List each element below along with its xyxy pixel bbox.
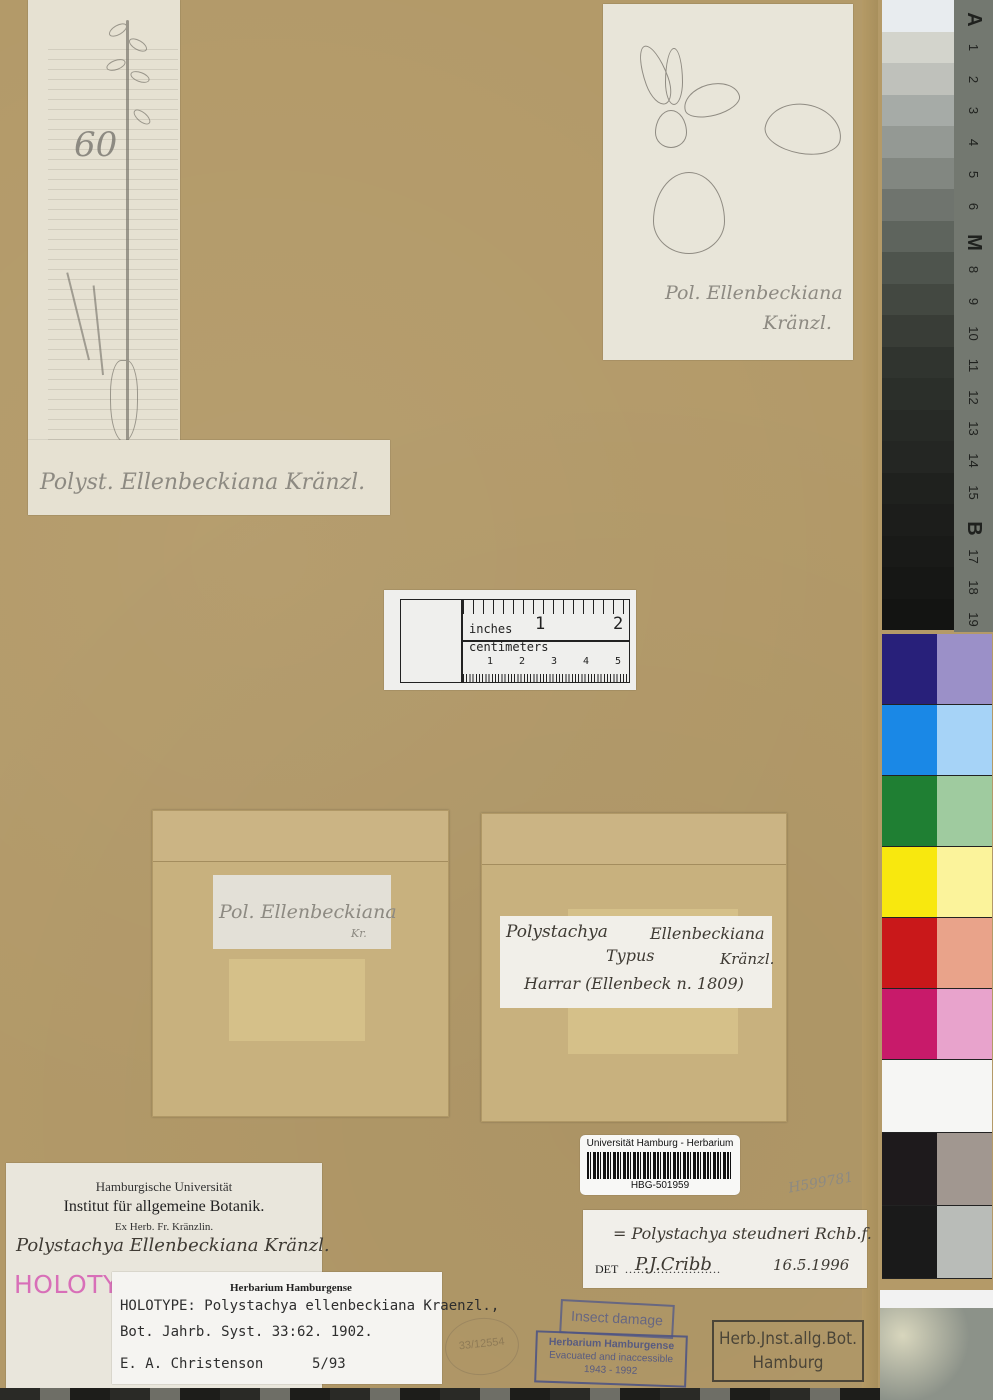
sheet-edge [862,0,878,1388]
cm-ticks [463,674,627,682]
lip-flattened-drawing [653,172,725,254]
gray-step-label: 6 [966,187,981,226]
holotype-annotation-label: Herbarium Hamburgense HOLOTYPE: Polystac… [112,1272,442,1384]
barcode-label[interactable]: Universität Hamburg - Herbarium HBG-5019… [580,1135,740,1195]
holotype-line: HOLOTYPE: Polystachya ellenbeckiana Krae… [120,1298,499,1314]
color-swatch-light [937,989,992,1060]
background-strip [0,1388,993,1400]
color-swatch-dark [882,705,937,776]
leaf-drawing [66,272,90,360]
evacuation-stamp: Herbarium Hamburgense Evacuated and inac… [534,1330,688,1387]
color-swatch-light [937,918,992,989]
type-status: Typus [606,946,654,965]
inch-ticks [463,600,627,614]
cm-mark: 3 [551,656,557,667]
handwritten-species: Polystachya Ellenbeckiana Kränzl. [16,1235,330,1256]
flower-sketch-sheet: Pol. Ellenbeckiana Kränzl. [603,4,853,360]
sketch-caption-author: Kränzl. [763,312,832,334]
color-swatch-dark [882,634,937,705]
color-swatch-light [937,847,992,918]
gray-step [882,32,954,64]
color-swatch-dark [882,1060,937,1133]
drawing-caption: Polyst. Ellenbeckiana Kränzl. [40,470,365,495]
flower-drawing [131,107,153,128]
color-swatch-light [937,1060,992,1133]
gray-step [882,410,954,442]
determination-label: = Polystachya steudneri Rchb.f. DET ....… [583,1210,867,1288]
scale-ruler: inches 1 2 centimeters 1 2 3 4 5 [384,590,636,690]
institute-stamp-line1: Herb.Jnst.allg.Bot. [719,1329,857,1349]
annotator: E. A. Christenson [120,1356,263,1372]
inch-mark: 1 [535,614,545,634]
packet-content [229,959,365,1041]
color-swatch-light [937,634,992,705]
petal-drawing [680,77,743,123]
evac-line3: 1943 - 1992 [584,1364,638,1377]
citation-line: Bot. Jahrb. Syst. 33:62. 1902. [120,1324,373,1340]
inch-mark: 2 [613,614,623,634]
color-swatch-light [937,776,992,847]
barcode-title: Universität Hamburg - Herbarium [580,1138,740,1149]
gray-step [882,599,954,631]
gray-step [882,315,954,347]
plant-stem-drawing [126,20,129,450]
color-swatch-light [937,1206,992,1279]
barcode-icon [587,1152,733,1179]
gray-scale [882,0,954,630]
chart-background [880,1308,993,1400]
leaf-drawing [93,285,104,375]
color-swatch-dark [882,1206,937,1279]
flower-drawing [105,57,127,73]
petal-drawing [665,48,683,105]
color-swatch-light [937,1133,992,1206]
cm-mark: 2 [519,656,525,667]
color-calibration-chart: A123456M89101112131415B171819 [880,0,993,1400]
packet-flap[interactable] [482,814,786,865]
packet-label-author: Kr. [351,927,367,940]
gray-step-label: 15 [966,473,981,512]
cm-mark: 1 [487,656,493,667]
cm-mark: 5 [615,656,621,667]
color-swatch-dark [882,1133,937,1206]
color-swatch-dark [882,847,937,918]
gray-step [882,0,954,32]
institute-name: Institut für allgemeine Botanik. [6,1198,322,1216]
barcode-number: HBG-501959 [580,1180,740,1191]
gray-step [882,567,954,599]
institute-stamp: Herb.Jnst.allg.Bot. Hamburg [712,1320,864,1382]
packet-label: Pol. Ellenbeckiana Kr. [213,875,391,949]
det-label: DET [595,1262,618,1277]
gray-step [882,126,954,158]
gray-step [882,284,954,316]
pseudobulb-drawing [110,360,138,442]
flower-drawing [129,69,151,85]
gray-step [882,378,954,410]
gray-step [882,189,954,221]
centimeters-label: centimeters [469,640,548,654]
specimen-packet-right[interactable]: Polystachya Ellenbeckiana Typus Kränzl. … [481,813,787,1122]
flower-drawing [127,36,149,55]
sketch-caption: Pol. Ellenbeckiana [665,282,843,304]
determination-date: 16.5.1996 [773,1256,849,1274]
plant-drawing-paper: 60 [28,0,180,440]
evac-line2: Evacuated and inaccessible [549,1350,673,1365]
gray-step [882,95,954,127]
cm-mark: 4 [583,656,589,667]
type-genus: Polystachya [506,922,608,942]
gray-scale-labels: A123456M89101112131415B171819 [954,0,993,632]
gray-step [882,221,954,253]
packet-flap[interactable] [153,811,448,862]
gray-step [882,536,954,568]
herbarium-source: Ex Herb. Fr. Kränzlin. [6,1221,322,1233]
gray-step [882,504,954,536]
color-swatch-dark [882,989,937,1060]
color-swatch-dark [882,918,937,989]
packet-label-text: Pol. Ellenbeckiana [219,901,397,923]
color-swatch-dark [882,776,937,847]
specimen-packet-left[interactable]: Pol. Ellenbeckiana Kr. [152,810,449,1117]
type-label: Polystachya Ellenbeckiana Typus Kränzl. … [500,916,772,1008]
ruler-frame: inches 1 2 centimeters 1 2 3 4 5 [400,599,630,683]
gray-step [882,347,954,379]
annotation-date: 5/93 [312,1356,346,1372]
lip-drawing [655,110,687,148]
flower-side-drawing [761,98,846,161]
type-epithet: Ellenbeckiana [650,924,765,943]
university-name: Hamburgische Universität [6,1179,322,1195]
gray-step [882,63,954,95]
chart-white-strip [880,1290,993,1308]
color-swatch-light [937,705,992,776]
type-locality: Harrar (Ellenbeck n. 1809) [524,974,744,993]
type-author: Kränzl. [720,950,774,968]
institute-stamp-line2: Hamburg [753,1353,824,1373]
gray-step [882,441,954,473]
inches-label: inches [469,622,512,636]
specimen-number: 60 [74,125,117,165]
herbarium-title: Herbarium Hamburgense [230,1282,352,1294]
gray-step [882,473,954,505]
determiner-signature: P.J.Cribb [635,1254,712,1275]
gray-step [882,252,954,284]
gray-step [882,158,954,190]
determined-name: = Polystachya steudneri Rchb.f. [613,1224,872,1243]
